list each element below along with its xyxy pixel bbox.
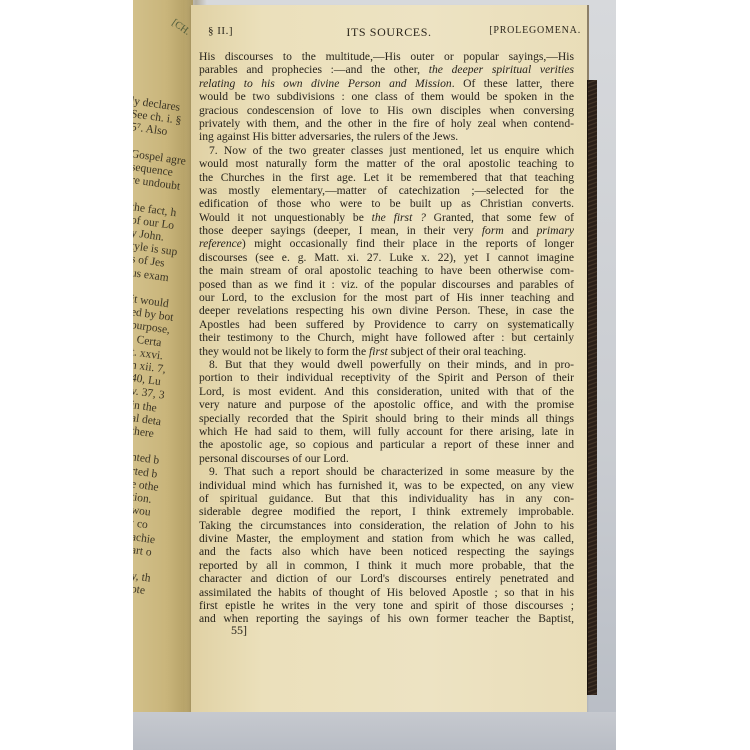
text-line: gracious condescension of love to His ow… (199, 104, 574, 117)
text-run: personal discourses of our Lord. (199, 452, 349, 465)
text-line: would be two subdivisions : one class of… (199, 90, 574, 103)
running-head: § II.] ITS SOURCES. [PROLEGOMENA. (191, 25, 587, 41)
text-line: ing against His bitter adversaries, the … (199, 130, 574, 143)
body-text: His discourses to the multitude,—His out… (199, 50, 574, 626)
italic-phrase: primary (537, 224, 574, 237)
text-run: Taking the circumstances into considerat… (199, 519, 574, 532)
text-run: and (504, 224, 537, 237)
text-run: gracious condescension of love to His ow… (199, 104, 574, 117)
text-run: the Churches in the first age. Let it be… (199, 171, 574, 184)
text-line: Would it not unquestionably be the first… (199, 211, 574, 224)
italic-phrase: relating to his own divine Person and Mi… (199, 77, 452, 90)
text-run: our Lord, to the exclusion for the most … (199, 291, 574, 304)
text-run: posed than as we find it : viz. of the p… (199, 278, 574, 291)
book-photograph: [CH. ly declaresSee ch. i. §5⁷. AlsoGosp… (133, 0, 616, 750)
left-page-line: tion. (133, 491, 152, 506)
text-run: Granted, that some few of (426, 211, 574, 224)
text-line: portion to their individual receptivity … (199, 371, 574, 384)
text-run: subject of their oral teaching. (388, 345, 526, 358)
italic-phrase: reference (199, 237, 242, 250)
text-line: first epistle he writes in the very tone… (199, 599, 574, 612)
text-run: 8. But that they would dwell powerfully … (209, 358, 574, 371)
text-run: 7. Now of the two greater classes just m… (209, 144, 574, 157)
text-line: would most naturally form the matter of … (199, 157, 574, 170)
text-line: posed than as we find it : viz. of the p… (199, 278, 574, 291)
text-run: very nature and purpose of the apostolic… (199, 398, 574, 411)
text-run: was mostly elementary,—matter of catechi… (199, 184, 574, 197)
text-run: character and diction of our Lord's disc… (199, 572, 574, 585)
text-line: and when reporting the sayings of his ow… (199, 612, 574, 625)
left-page-line: re undoubt (133, 174, 181, 193)
text-run: deeper revelations respecting his own di… (199, 304, 574, 317)
text-run: parables and prophecies :—and the other, (199, 63, 429, 76)
text-run: and when reporting the sayings of his ow… (199, 612, 574, 625)
text-run: ) might occasionally find their place in… (242, 237, 574, 250)
right-page: § II.] ITS SOURCES. [PROLEGOMENA. His di… (191, 5, 587, 712)
text-line: parables and prophecies :—and the other,… (199, 63, 574, 76)
left-page-line: there (133, 425, 155, 440)
text-line: our Lord, to the exclusion for the most … (199, 291, 574, 304)
text-run: His discourses to the multitude,—His out… (199, 50, 574, 63)
text-line: assimilated the habits of thought of His… (199, 586, 574, 599)
text-run: Would it not unquestionably be (199, 211, 372, 224)
text-run: discourses (see e. g. Matt. xi. 27. Luke… (199, 251, 574, 264)
text-line: edification of those who were to be buil… (199, 197, 574, 210)
text-run: which He had said to them, will fully ac… (199, 425, 574, 438)
text-line: the apostolic age, so copious and partic… (199, 438, 574, 451)
text-run: would be two subdivisions : one class of… (199, 90, 574, 103)
text-run: and the facts also which have been notic… (199, 545, 574, 558)
text-line: Lord, is most evident. And this consider… (199, 385, 574, 398)
text-line: personal discourses of our Lord. (199, 452, 574, 465)
text-run: specially recorded that the Spirit shoul… (199, 412, 574, 425)
italic-phrase: first (369, 345, 388, 358)
left-page-line: ote (133, 583, 146, 597)
text-run: portion to their individual receptivity … (199, 371, 574, 384)
text-line: deeper revelations respecting his own di… (199, 304, 574, 317)
text-run: 9. That such a report should be characte… (209, 465, 574, 478)
table-surface (133, 712, 616, 750)
text-line: their testimony to the Church, might hav… (199, 331, 574, 344)
text-run: Lord, is most evident. And this consider… (199, 385, 574, 398)
left-page-line: achie (133, 531, 156, 546)
text-line: reported by all in common, I think it mu… (199, 559, 574, 572)
text-line: Taking the circumstances into considerat… (199, 519, 574, 532)
text-run: would most naturally form the matter of … (199, 157, 574, 170)
text-line: siderable degree modified the report, I … (199, 505, 574, 518)
text-line: 9. That such a report should be characte… (199, 465, 574, 478)
text-line: privately with them, and the other in th… (199, 117, 574, 130)
left-page-line: art o (133, 544, 152, 559)
text-line: very nature and purpose of the apostolic… (199, 398, 574, 411)
text-run: privately with them, and the other in th… (199, 117, 574, 130)
text-run: those deeper sayings (deeper, I mean, in… (199, 224, 482, 237)
left-page-line: us exam (133, 267, 169, 284)
cover-edge (587, 5, 589, 85)
text-line: they would not be likely to form the fir… (199, 345, 574, 358)
text-run: . Of these latter, there (452, 77, 574, 90)
text-run: assimilated the habits of thought of His… (199, 586, 574, 599)
text-line: Apostles had been suffered by Providence… (199, 318, 574, 331)
text-run: edification of those who were to be buil… (199, 197, 574, 210)
italic-phrase: form (482, 224, 504, 237)
text-line: was mostly elementary,—matter of catechi… (199, 184, 574, 197)
text-line: character and diction of our Lord's disc… (199, 572, 574, 585)
text-line: relating to his own divine Person and Mi… (199, 77, 574, 90)
text-line: those deeper sayings (deeper, I mean, in… (199, 224, 574, 237)
text-run: siderable degree modified the report, I … (199, 505, 574, 518)
text-line: 8. But that they would dwell powerfully … (199, 358, 574, 371)
text-run: the apostolic age, so copious and partic… (199, 438, 574, 451)
text-line: of spiritual guidance. But that this ind… (199, 492, 574, 505)
text-line: specially recorded that the Spirit shoul… (199, 412, 574, 425)
italic-phrase: the deeper spiritual verities (429, 63, 574, 76)
text-run: Apostles had been suffered by Providence… (199, 318, 574, 331)
text-line: His discourses to the multitude,—His out… (199, 50, 574, 63)
text-run: first epistle he writes in the very tone… (199, 599, 574, 612)
text-line: the main stream of oral apostolic teachi… (199, 264, 574, 277)
text-run: the main stream of oral apostolic teachi… (199, 264, 574, 277)
italic-phrase: the first ? (372, 211, 426, 224)
text-run: their testimony to the Church, might hav… (199, 331, 574, 344)
text-line: and the facts also which have been notic… (199, 545, 574, 558)
text-run: of spiritual guidance. But that this ind… (199, 492, 574, 505)
text-run: reported by all in common, I think it mu… (199, 559, 574, 572)
text-line: individual mind which has furnished it, … (199, 479, 574, 492)
text-run: individual mind which has furnished it, … (199, 479, 574, 492)
text-line: divine Master, the employment and statio… (199, 532, 574, 545)
text-line: which He had said to them, will fully ac… (199, 425, 574, 438)
text-run: ing against His bitter adversaries, the … (199, 130, 458, 143)
text-line: the Churches in the first age. Let it be… (199, 171, 574, 184)
left-page-line: ; co (133, 517, 149, 531)
left-page-fragment: [CH. ly declaresSee ch. i. §5⁷. AlsoGosp… (133, 0, 193, 712)
text-run: divine Master, the employment and statio… (199, 532, 574, 545)
text-line: reference) might occasionally find their… (199, 237, 574, 250)
text-line: 7. Now of the two greater classes just m… (199, 144, 574, 157)
book-spine (587, 80, 597, 695)
text-run: they would not be likely to form the (199, 345, 369, 358)
page-number: 55] (231, 623, 247, 638)
text-line: discourses (see e. g. Matt. xi. 27. Luke… (199, 251, 574, 264)
part-title: [PROLEGOMENA. (489, 25, 581, 36)
